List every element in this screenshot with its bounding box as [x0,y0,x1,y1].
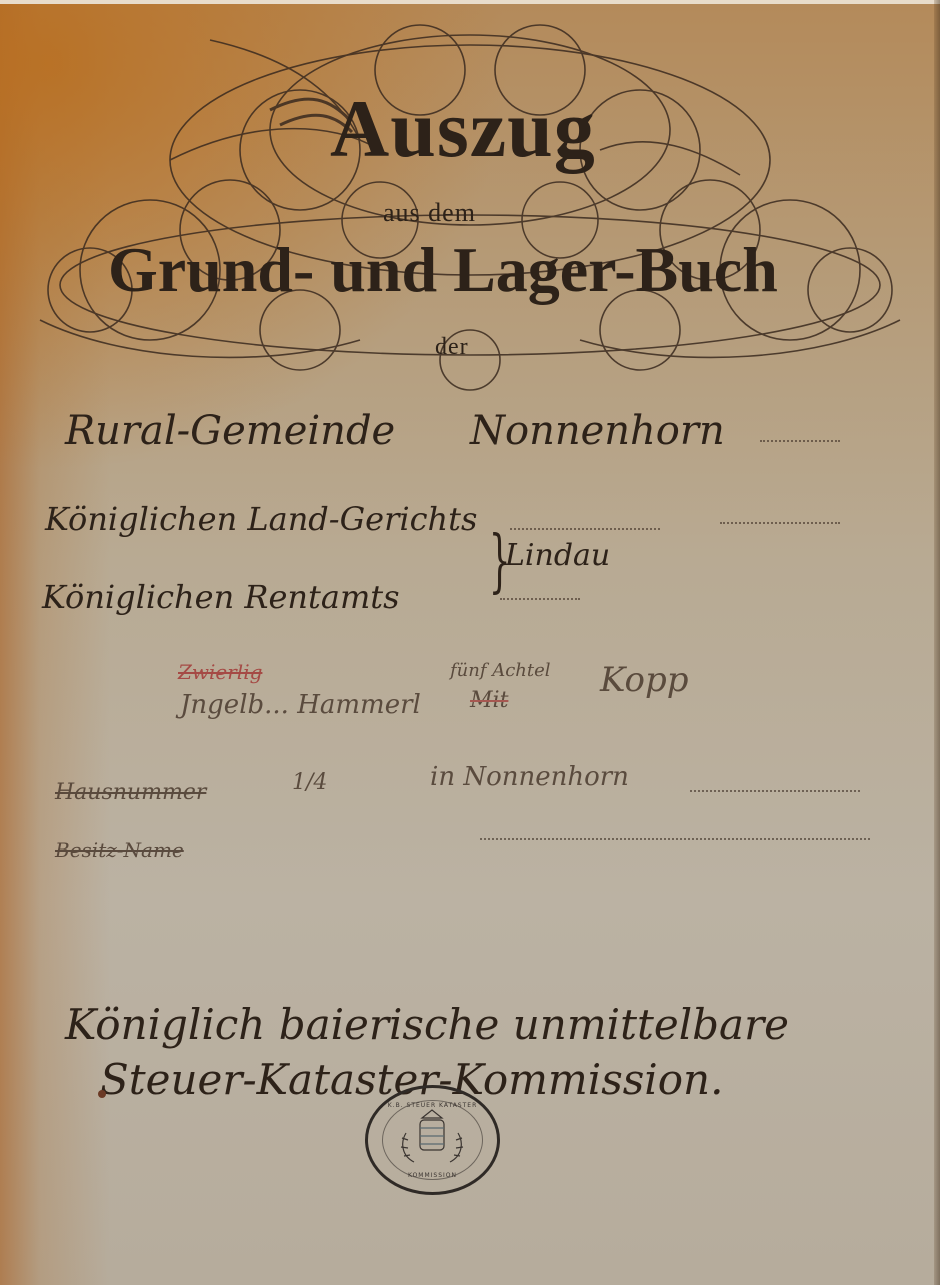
document-page: Auszug aus dem Grund- und Lager-Buch der… [0,0,940,1285]
gemeinde-label: Rural-Gemeinde [65,408,395,454]
seal-inscription-bottom: KOMMISSION [368,1172,497,1179]
besitz-dotted-line [480,838,870,840]
landgericht-label: Königlichen Land-Gerichts [45,500,477,538]
hausnummer-dotted-line [690,790,860,792]
amt-value-lindau: Lindau [505,538,610,573]
title-grund-und-lager-buch: Grund- und Lager-Buch [108,238,778,302]
title-der: der [435,334,469,361]
footer-line-1: Königlich baierische unmittelbare [65,1000,789,1049]
ink-blot [98,1090,106,1098]
owner-strikethrough-red: Zwierlig [178,660,262,684]
landgericht-dotted-line-2 [720,522,840,524]
landgericht-dotted-line [510,528,660,530]
rentamt-label: Königlichen Rentamts [42,578,400,616]
owner-share: fünf Achtel [450,660,551,681]
besitz-label: Besitz-Name [55,838,184,862]
hausnummer-label: Hausnummer [55,780,206,805]
official-seal: K.B. STEUER KATASTER KOMMISSION [365,1085,500,1195]
hausnummer-value: 1/4 [292,770,327,795]
owner-strikethrough-2: Mit [470,688,508,713]
gemeinde-dotted-line [760,440,840,442]
owner-name: Jngelb... Hammerl [180,690,421,720]
owner-surname: Kopp [600,660,689,700]
hausnummer-place: in Nonnenhorn [430,762,629,792]
rentamt-dotted-line [500,598,580,600]
title-aus-dem: aus dem [383,198,476,228]
title-auszug: Auszug [330,88,596,170]
gemeinde-value: Nonnenhorn [470,408,725,454]
